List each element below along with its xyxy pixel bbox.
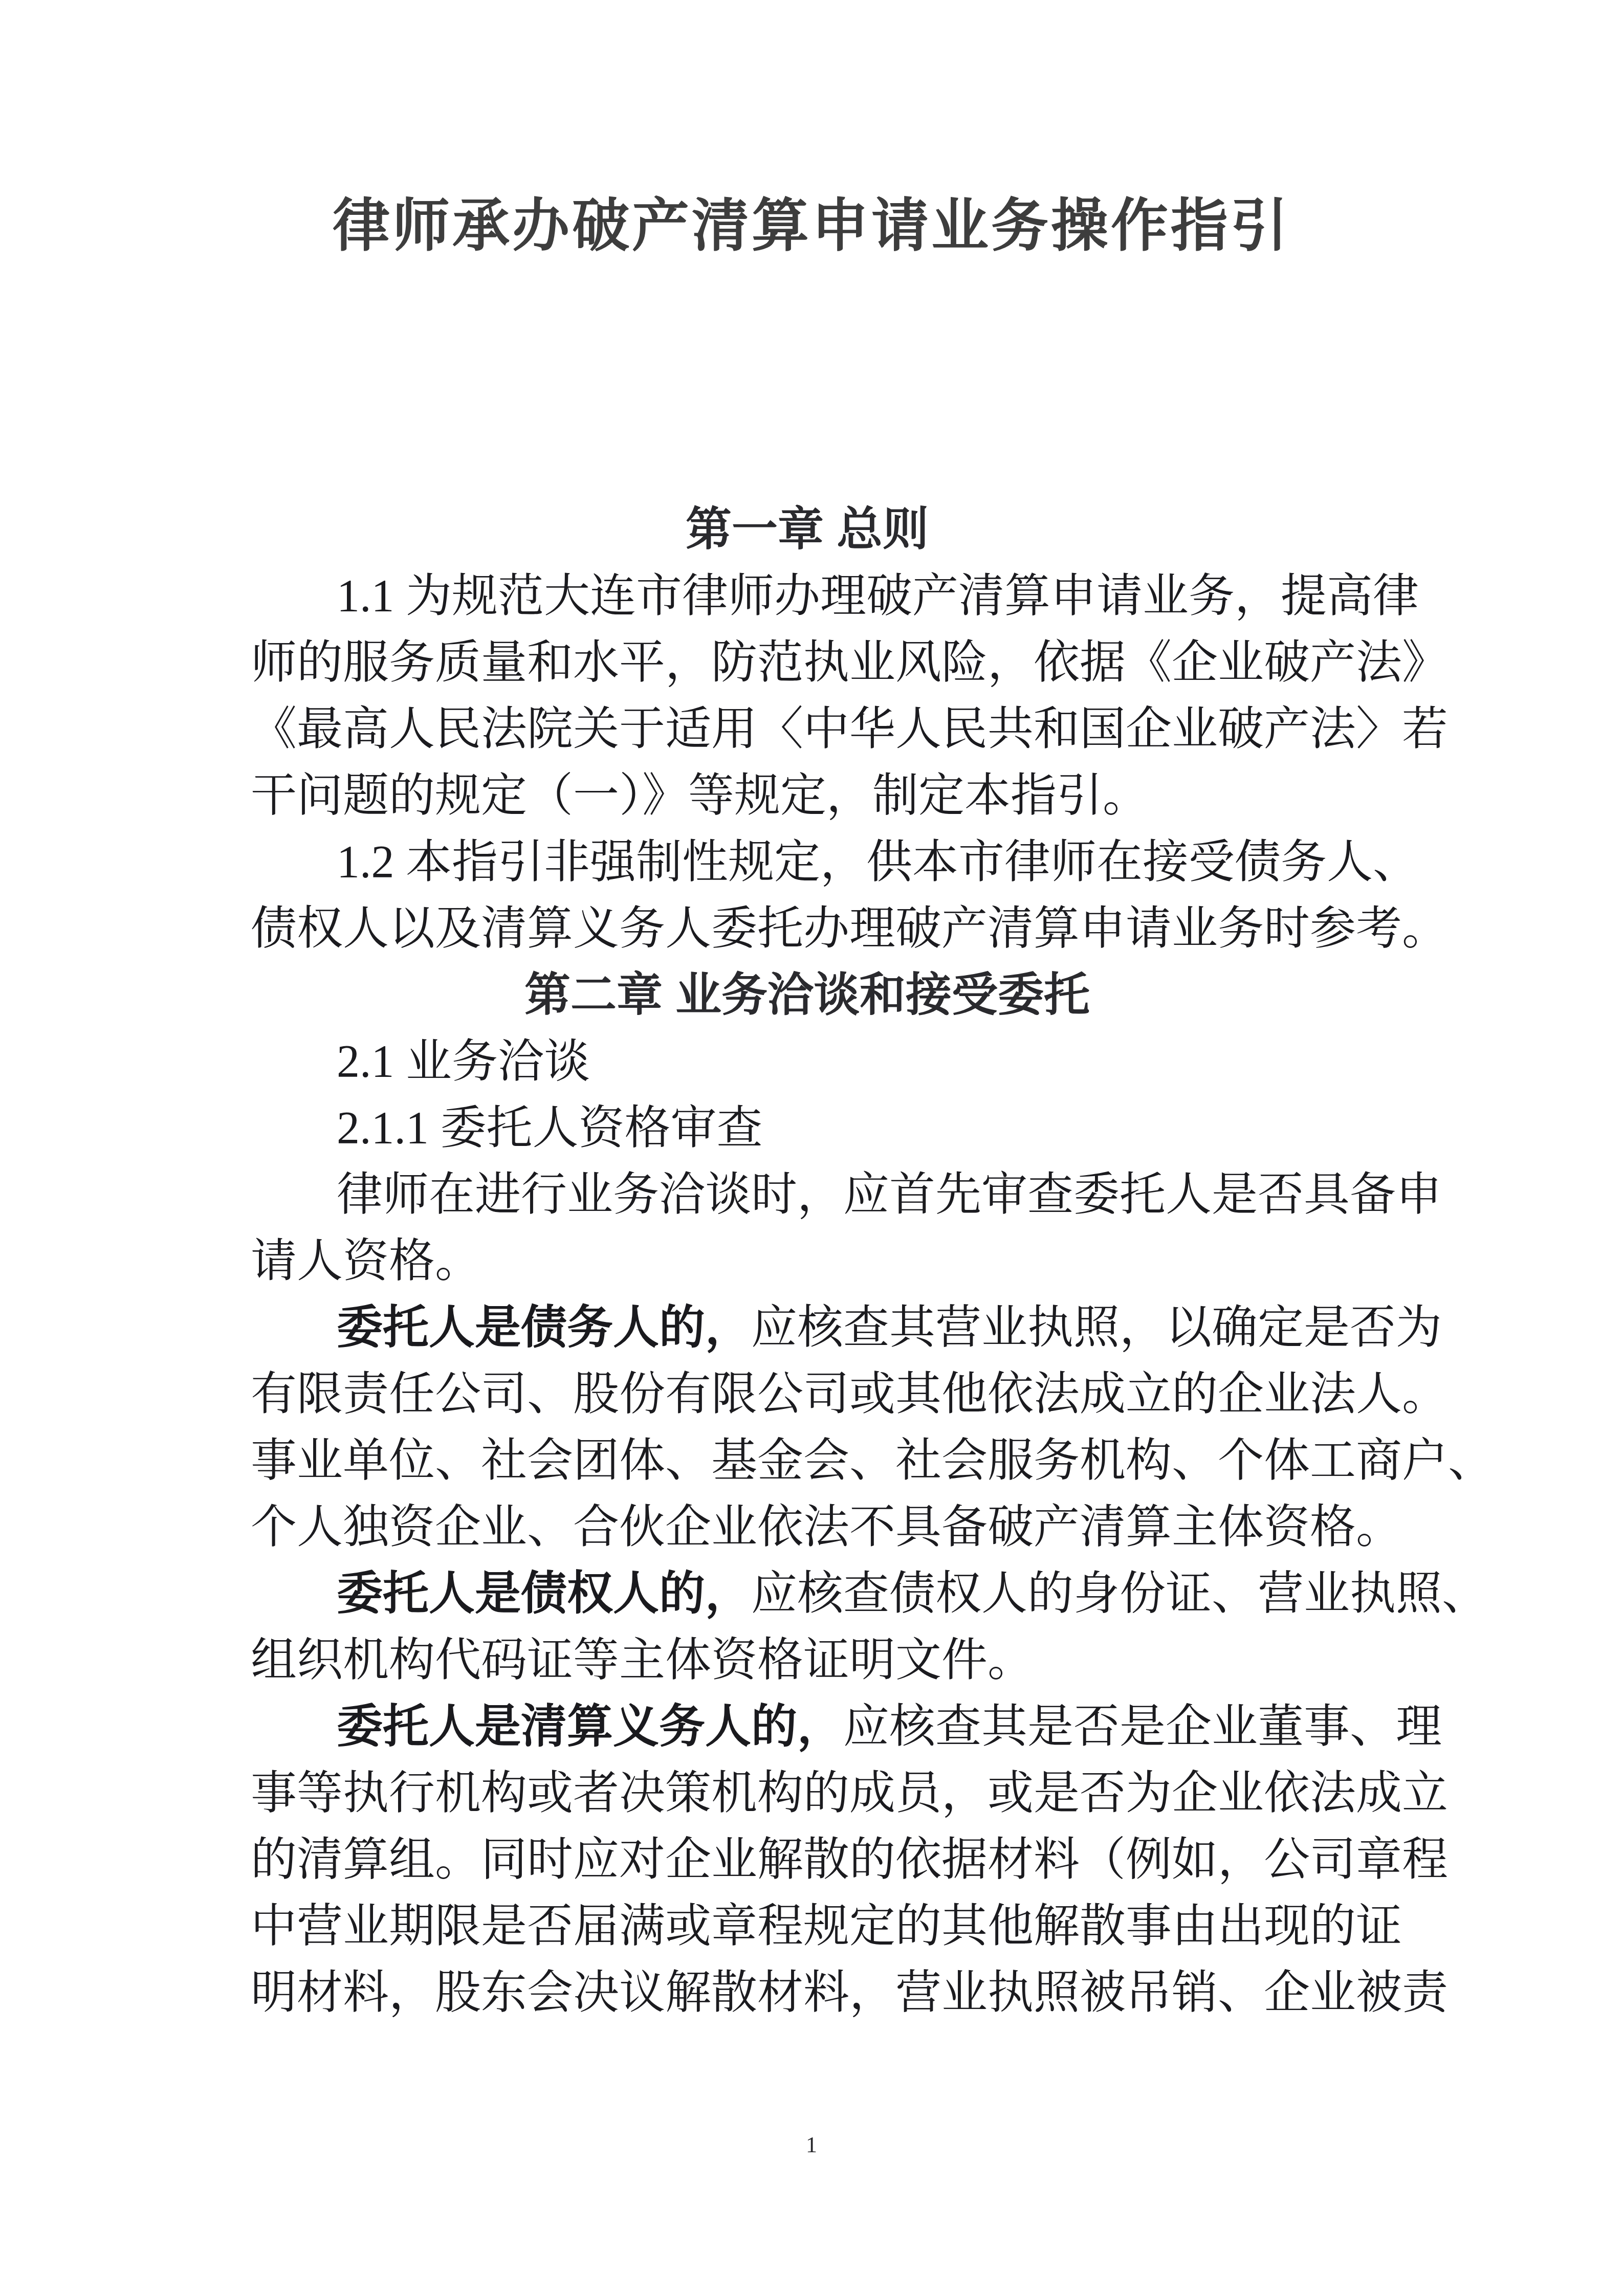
- doc-line-text: 应核查其是否是企业董事、理: [843, 1702, 1442, 1752]
- doc-line: 有限责任公司、股份有限公司或其他依法成立的企业法人。: [251, 1361, 1364, 1427]
- doc-line-text: 中营业期限是否届满或章程规定的其他解散事由出现的证: [251, 1901, 1402, 1952]
- doc-line-bold: 委托人是清算义务人的，: [337, 1701, 843, 1752]
- doc-line: 组织机构代码证等主体资格证明文件。: [251, 1627, 1364, 1693]
- doc-line: 师的服务质量和水平，防范执业风险，依据《企业破产法》: [251, 629, 1364, 696]
- doc-line: 个人独资企业、合伙企业依法不具备破产清算主体资格。: [251, 1494, 1364, 1560]
- chapter-heading: 第二章 业务洽谈和接受委托: [251, 962, 1364, 1028]
- doc-line-text: 事业单位、社会团体、基金会、社会服务机构、个体工商户、: [251, 1436, 1494, 1486]
- doc-line: 1.1 为规范大连市律师办理破产清算申请业务，提高律: [251, 563, 1364, 629]
- doc-line-text: 应核查债权人的身份证、营业执照、: [751, 1569, 1488, 1619]
- doc-line-text: 事等执行机构或者决策机构的成员，或是否为企业依法成立: [251, 1768, 1448, 1819]
- page-number: 1: [0, 2132, 1623, 2158]
- doc-line: 1.2 本指引非强制性规定，供本市律师在接受债务人、: [251, 829, 1364, 895]
- document-body: 第一章 总则 1.1 为规范大连市律师办理破产清算申请业务，提高律 师的服务质量…: [251, 496, 1364, 2026]
- doc-line: 《最高人民法院关于适用〈中华人民共和国企业破产法〉若: [251, 696, 1364, 762]
- doc-line: 2.1 业务洽谈: [251, 1028, 1364, 1095]
- document-title: 律师承办破产清算申请业务操作指引: [0, 190, 1623, 262]
- doc-line: 干问题的规定（一）》等规定，制定本指引。: [251, 762, 1364, 829]
- doc-line-text: 组织机构代码证等主体资格证明文件。: [251, 1635, 1034, 1686]
- chapter-heading: 第一章 总则: [251, 496, 1364, 563]
- doc-line: 委托人是债权人的，应核查债权人的身份证、营业执照、: [251, 1560, 1364, 1627]
- doc-line-text: 律师在进行业务洽谈时，应首先审查委托人是否具备申: [337, 1169, 1442, 1220]
- doc-line: 事业单位、社会团体、基金会、社会服务机构、个体工商户、: [251, 1427, 1364, 1494]
- doc-line-text: 师的服务质量和水平，防范执业风险，依据《企业破产法》: [251, 637, 1448, 688]
- doc-line: 中营业期限是否届满或章程规定的其他解散事由出现的证: [251, 1893, 1364, 1959]
- doc-line-bold: 委托人是债权人的，: [337, 1568, 751, 1619]
- doc-line-bold: 委托人是债务人的，: [337, 1302, 751, 1353]
- doc-line-text: 有限责任公司、股份有限公司或其他依法成立的企业法人。: [251, 1369, 1448, 1420]
- doc-line-text: 2.1 业务洽谈: [337, 1036, 590, 1087]
- doc-line: 2.1.1 委托人资格审查: [251, 1095, 1364, 1161]
- doc-line: 事等执行机构或者决策机构的成员，或是否为企业依法成立: [251, 1760, 1364, 1826]
- doc-line-text: 1.1 为规范大连市律师办理破产清算申请业务，提高律: [337, 571, 1419, 622]
- doc-line-text: 《最高人民法院关于适用〈中华人民共和国企业破产法〉若: [251, 704, 1448, 755]
- document-page: 律师承办破产清算申请业务操作指引 第一章 总则 1.1 为规范大连市律师办理破产…: [0, 0, 1623, 2296]
- doc-line: 律师在进行业务洽谈时，应首先审查委托人是否具备申: [251, 1161, 1364, 1228]
- doc-line-text: 干问题的规定（一）》等规定，制定本指引。: [251, 770, 1149, 821]
- doc-line: 的清算组。同时应对企业解散的依据材料（例如，公司章程: [251, 1826, 1364, 1893]
- doc-line: 委托人是债务人的，应核查其营业执照，以确定是否为: [251, 1294, 1364, 1361]
- doc-line: 委托人是清算义务人的，应核查其是否是企业董事、理: [251, 1693, 1364, 1760]
- doc-line-text: 2.1.1 委托人资格审查: [337, 1103, 763, 1154]
- doc-line-text: 个人独资企业、合伙企业依法不具备破产清算主体资格。: [251, 1502, 1402, 1553]
- doc-line-text: 债权人以及清算义务人委托办理破产清算申请业务时参考。: [251, 903, 1448, 954]
- doc-line: 请人资格。: [251, 1228, 1364, 1294]
- doc-line-text: 应核查其营业执照，以确定是否为: [751, 1302, 1442, 1353]
- doc-line-text: 请人资格。: [251, 1236, 481, 1287]
- doc-line: 明材料，股东会决议解散材料，营业执照被吊销、企业被责: [251, 1959, 1364, 2026]
- doc-line-text: 明材料，股东会决议解散材料，营业执照被吊销、企业被责: [251, 1968, 1448, 2018]
- chapter-heading-text: 第一章 总则: [686, 504, 929, 555]
- doc-line-text: 的清算组。同时应对企业解散的依据材料（例如，公司章程: [251, 1835, 1448, 1885]
- doc-line-text: 1.2 本指引非强制性规定，供本市律师在接受债务人、: [337, 837, 1419, 888]
- chapter-heading-text: 第二章 业务洽谈和接受委托: [524, 969, 1090, 1021]
- doc-line: 债权人以及清算义务人委托办理破产清算申请业务时参考。: [251, 895, 1364, 962]
